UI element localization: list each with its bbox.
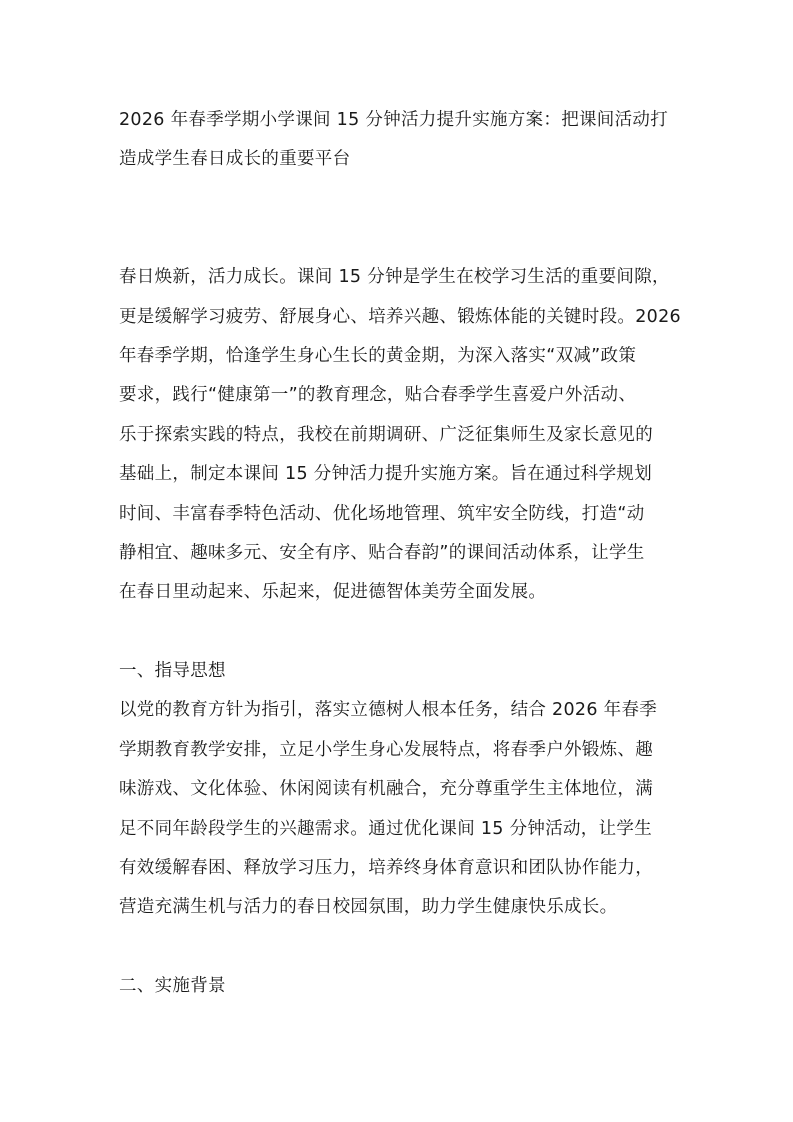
- section-guiding-ideology: 一、指导思想 以党的教育方针为指引，落实立德树人根本任务，结合 2026 年春季…: [119, 652, 679, 928]
- paragraph-line: 更是缓解学习疲劳、舒展身心、培养兴趣、锻炼体能的关键时段。2026: [119, 298, 679, 337]
- spacer: [119, 219, 679, 258]
- paragraph-line: 味游戏、文化体验、休闲阅读有机融合，充分尊重学生主体地位，满: [119, 770, 679, 809]
- title-line: 造成学生春日成长的重要平台: [119, 140, 679, 179]
- paragraph-line: 以党的教育方针为指引，落实立德树人根本任务，结合 2026 年春季: [119, 691, 679, 730]
- intro-paragraph: 春日焕新，活力成长。课间 15 分钟是学生在校学习生活的重要间隙， 更是缓解学习…: [119, 258, 679, 613]
- paragraph-line: 静相宜、趣味多元、安全有序、贴合春韵”的课间活动体系，让学生: [119, 534, 679, 573]
- section-heading: 一、指导思想: [119, 652, 679, 691]
- paragraph-line: 乐于探索实践的特点，我校在前期调研、广泛征集师生及家长意见的: [119, 416, 679, 455]
- section-implementation-background: 二、实施背景: [119, 967, 679, 1006]
- spacer: [119, 928, 679, 967]
- spacer: [119, 180, 679, 219]
- section-heading: 二、实施背景: [119, 967, 679, 1006]
- document-title: 2026 年春季学期小学课间 15 分钟活力提升实施方案：把课间活动打 造成学生…: [119, 101, 679, 180]
- paragraph-line: 时间、丰富春季特色活动、优化场地管理、筑牢安全防线，打造“动: [119, 495, 679, 534]
- paragraph-line: 要求，践行“健康第一”的教育理念，贴合春季学生喜爱户外活动、: [119, 376, 679, 415]
- paragraph-line: 有效缓解春困、释放学习压力，培养终身体育意识和团队协作能力，: [119, 849, 679, 888]
- title-line: 2026 年春季学期小学课间 15 分钟活力提升实施方案：把课间活动打: [119, 101, 679, 140]
- paragraph-line: 学期教育教学安排，立足小学生身心发展特点，将春季户外锻炼、趣: [119, 731, 679, 770]
- document-page: 2026 年春季学期小学课间 15 分钟活力提升实施方案：把课间活动打 造成学生…: [119, 101, 679, 1007]
- paragraph-line: 基础上，制定本课间 15 分钟活力提升实施方案。旨在通过科学规划: [119, 455, 679, 494]
- spacer: [119, 613, 679, 652]
- paragraph-line: 春日焕新，活力成长。课间 15 分钟是学生在校学习生活的重要间隙，: [119, 258, 679, 297]
- paragraph-line: 在春日里动起来、乐起来，促进德智体美劳全面发展。: [119, 573, 679, 612]
- paragraph-line: 足不同年龄段学生的兴趣需求。通过优化课间 15 分钟活动，让学生: [119, 810, 679, 849]
- paragraph-line: 年春季学期，恰逢学生身心生长的黄金期，为深入落实“双减”政策: [119, 337, 679, 376]
- paragraph-line: 营造充满生机与活力的春日校园氛围，助力学生健康快乐成长。: [119, 888, 679, 927]
